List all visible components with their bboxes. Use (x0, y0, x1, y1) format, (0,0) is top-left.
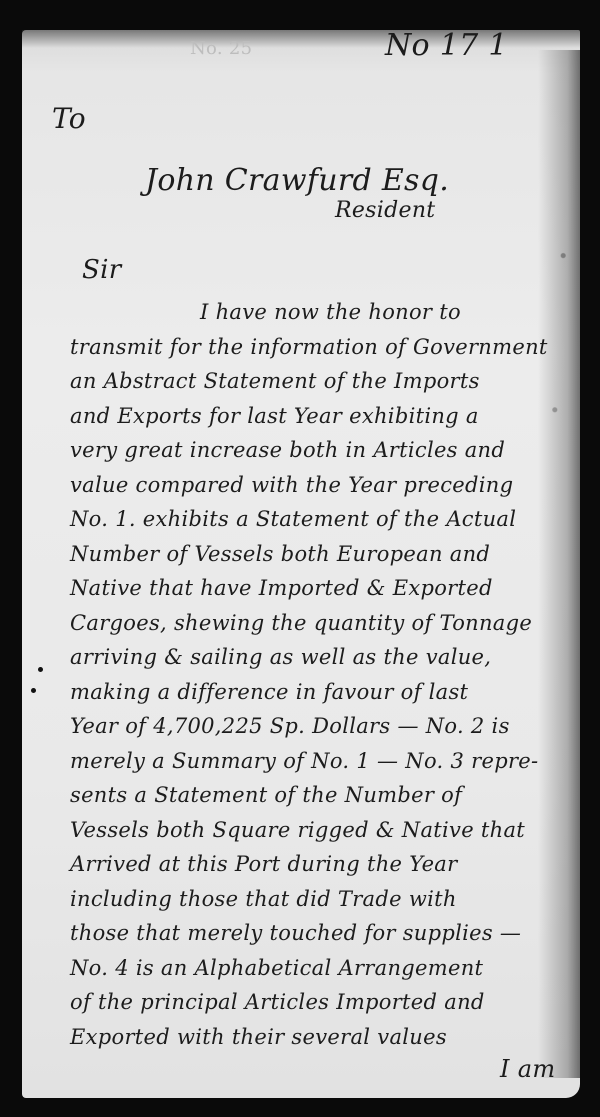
body-line: making a difference in favour of last (70, 680, 468, 704)
addressee-title: Resident (335, 198, 435, 223)
document-number: No 17 1 (385, 28, 508, 63)
body-line: and Exports for last Year exhibiting a (70, 404, 479, 428)
body-line: an Abstract Statement of the Imports (70, 369, 480, 393)
body-line: sents a Statement of the Number of (70, 783, 462, 807)
ink-spot (38, 667, 43, 672)
addressee-name: John Crawfurd Esq. (145, 163, 449, 198)
body-line: very great increase both in Articles and (70, 438, 505, 462)
salutation-to: To (52, 102, 86, 135)
body-line: I have now the honor to (200, 300, 461, 324)
salutation: Sir (82, 255, 121, 285)
body-line: Exported with their several values (70, 1025, 447, 1049)
catchword: I am (500, 1055, 555, 1083)
body-line: Cargoes, shewing the quantity of Tonnage (70, 611, 532, 635)
body-line: Number of Vessels both European and (70, 542, 490, 566)
body-line: value compared with the Year preceding (70, 473, 513, 497)
body-line: No. 4 is an Alphabetical Arrangement (70, 956, 483, 980)
body-line: those that merely touched for supplies — (70, 921, 521, 945)
body-line: of the principal Articles Imported and (70, 990, 485, 1014)
body-line: transmit for the information of Governme… (70, 335, 548, 359)
body-line: Vessels both Square rigged & Native that (70, 818, 525, 842)
body-line: Arrived at this Port during the Year (70, 852, 457, 876)
pencil-note: No. 25 (190, 38, 252, 59)
body-line: arriving & sailing as well as the value, (70, 645, 491, 669)
body-line: No. 1. exhibits a Statement of the Actua… (70, 507, 516, 531)
body-line: Year of 4,700,225 Sp. Dollars — No. 2 is (70, 714, 510, 738)
ink-spot (31, 688, 36, 693)
body-line: merely a Summary of No. 1 — No. 3 repre- (70, 749, 538, 773)
body-line: including those that did Trade with (70, 887, 457, 911)
body-line: Native that have Imported & Exported (70, 576, 493, 600)
